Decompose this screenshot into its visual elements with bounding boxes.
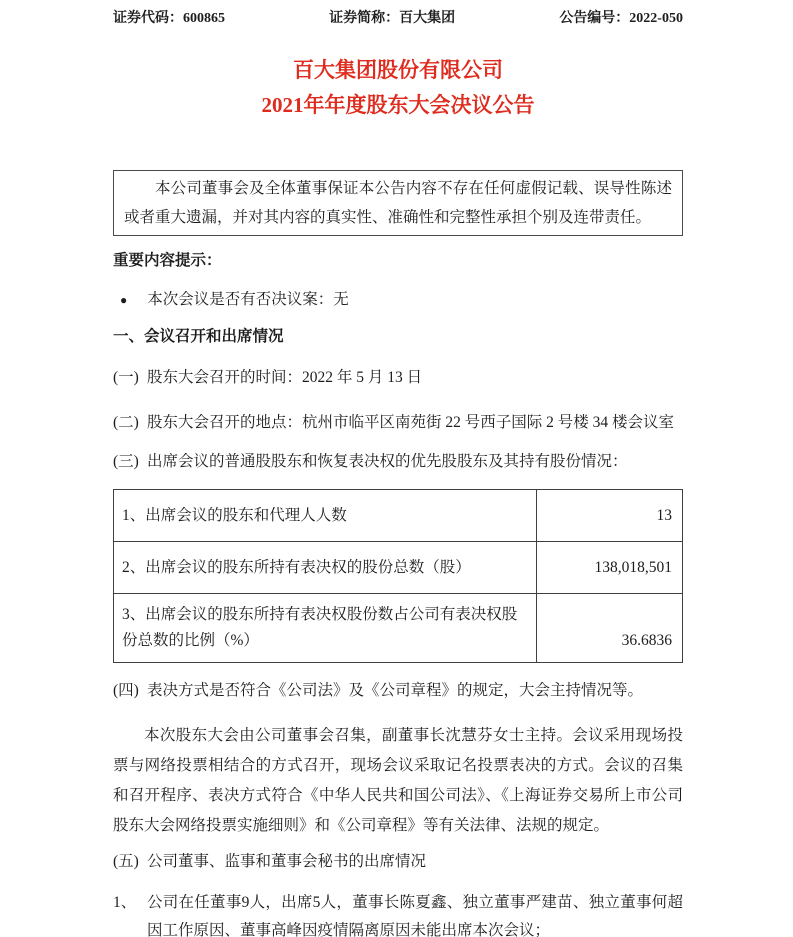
table-cell-label: 3、出席会议的股东所持有表决权股份数占公司有表决权股份总数的比例（%）: [114, 594, 537, 663]
item-text: 公司董事、监事和董事会秘书的出席情况: [147, 853, 426, 870]
item-marker: (四): [113, 678, 139, 704]
bullet-icon: ●: [120, 291, 127, 309]
announcement-number: 公告编号：2022-050: [559, 10, 683, 28]
item-attendance-intro: (三) 出席会议的普通股股东和恢复表决权的优先股股东及其持有股份情况：: [113, 449, 683, 475]
item-marker: 1、: [113, 889, 136, 917]
table-cell-value: 36.6836: [537, 594, 683, 663]
sub-item-directors-detail: 1、 公司在任董事9人，出席5人，董事长陈夏鑫、独立董事严建苗、独立董事何超因工…: [113, 889, 683, 937]
item-text: 公司在任董事9人，出席5人，董事长陈夏鑫、独立董事严建苗、独立董事何超因工作原因…: [147, 894, 683, 937]
bullet-text: 本次会议是否有否决议案：无: [147, 291, 349, 309]
item-marker: (一): [113, 365, 139, 391]
attendance-table: 1、出席会议的股东和代理人人数 13 2、出席会议的股东所持有表决权的股份总数（…: [113, 489, 683, 663]
important-note-heading: 重要内容提示：: [113, 252, 683, 270]
item-voting-method: (四) 表决方式是否符合《公司法》及《公司章程》的规定，大会主持情况等。: [113, 678, 683, 704]
bullet-item: ● 本次会议是否有否决议案：无: [113, 291, 683, 309]
table-cell-value: 138,018,501: [537, 542, 683, 594]
disclaimer-box: 本公司董事会及全体董事保证本公告内容不存在任何虚假记载、误导性陈述或者重大遗漏，…: [113, 170, 683, 236]
item-marker: (二): [113, 410, 139, 436]
item-text: 出席会议的普通股股东和恢复表决权的优先股股东及其持有股份情况：: [147, 453, 628, 470]
announcement-title: 2021年年度股东大会决议公告: [113, 93, 683, 117]
item-text: 股东大会召开的地点：杭州市临平区南苑街 22 号西子国际 2 号楼 34 楼会议…: [147, 414, 674, 431]
stock-code: 证券代码：600865: [113, 10, 225, 28]
table-row: 1、出席会议的股东和代理人人数 13: [114, 490, 683, 542]
item-text: 表决方式是否符合《公司法》及《公司章程》的规定，大会主持情况等。: [147, 682, 643, 699]
item-meeting-place: (二) 股东大会召开的地点：杭州市临平区南苑街 22 号西子国际 2 号楼 34…: [113, 410, 683, 436]
table-row: 2、出席会议的股东所持有表决权的股份总数（股） 138,018,501: [114, 542, 683, 594]
disclaimer-text: 本公司董事会及全体董事保证本公告内容不存在任何虚假记载、误导性陈述或者重大遗漏，…: [124, 174, 672, 232]
table-cell-value: 13: [537, 490, 683, 542]
section1-heading: 一、会议召开和出席情况: [113, 328, 683, 346]
voting-method-paragraph: 本次股东大会由公司董事会召集，副董事长沈慧芬女士主持。会议采用现场投票与网络投票…: [113, 721, 683, 841]
announcement-page: 证券代码：600865 证券简称：百大集团 公告编号：2022-050 百大集团…: [0, 0, 793, 937]
table-cell-label: 1、出席会议的股东和代理人人数: [114, 490, 537, 542]
table-cell-label: 2、出席会议的股东所持有表决权的股份总数（股）: [114, 542, 537, 594]
company-title: 百大集团股份有限公司: [113, 58, 683, 82]
table-row: 3、出席会议的股东所持有表决权股份数占公司有表决权股份总数的比例（%） 36.6…: [114, 594, 683, 663]
stock-abbr: 证券简称：百大集团: [329, 10, 455, 28]
item-marker: (三): [113, 449, 139, 475]
item-meeting-time: (一) 股东大会召开的时间：2022 年 5 月 13 日: [113, 365, 683, 391]
item-directors-attendance: (五) 公司董事、监事和董事会秘书的出席情况: [113, 849, 683, 875]
item-text: 股东大会召开的时间：2022 年 5 月 13 日: [147, 369, 422, 386]
document-header: 证券代码：600865 证券简称：百大集团 公告编号：2022-050: [113, 10, 683, 28]
item-marker: (五): [113, 849, 139, 875]
page-content: 证券代码：600865 证券简称：百大集团 公告编号：2022-050 百大集团…: [113, 10, 683, 937]
